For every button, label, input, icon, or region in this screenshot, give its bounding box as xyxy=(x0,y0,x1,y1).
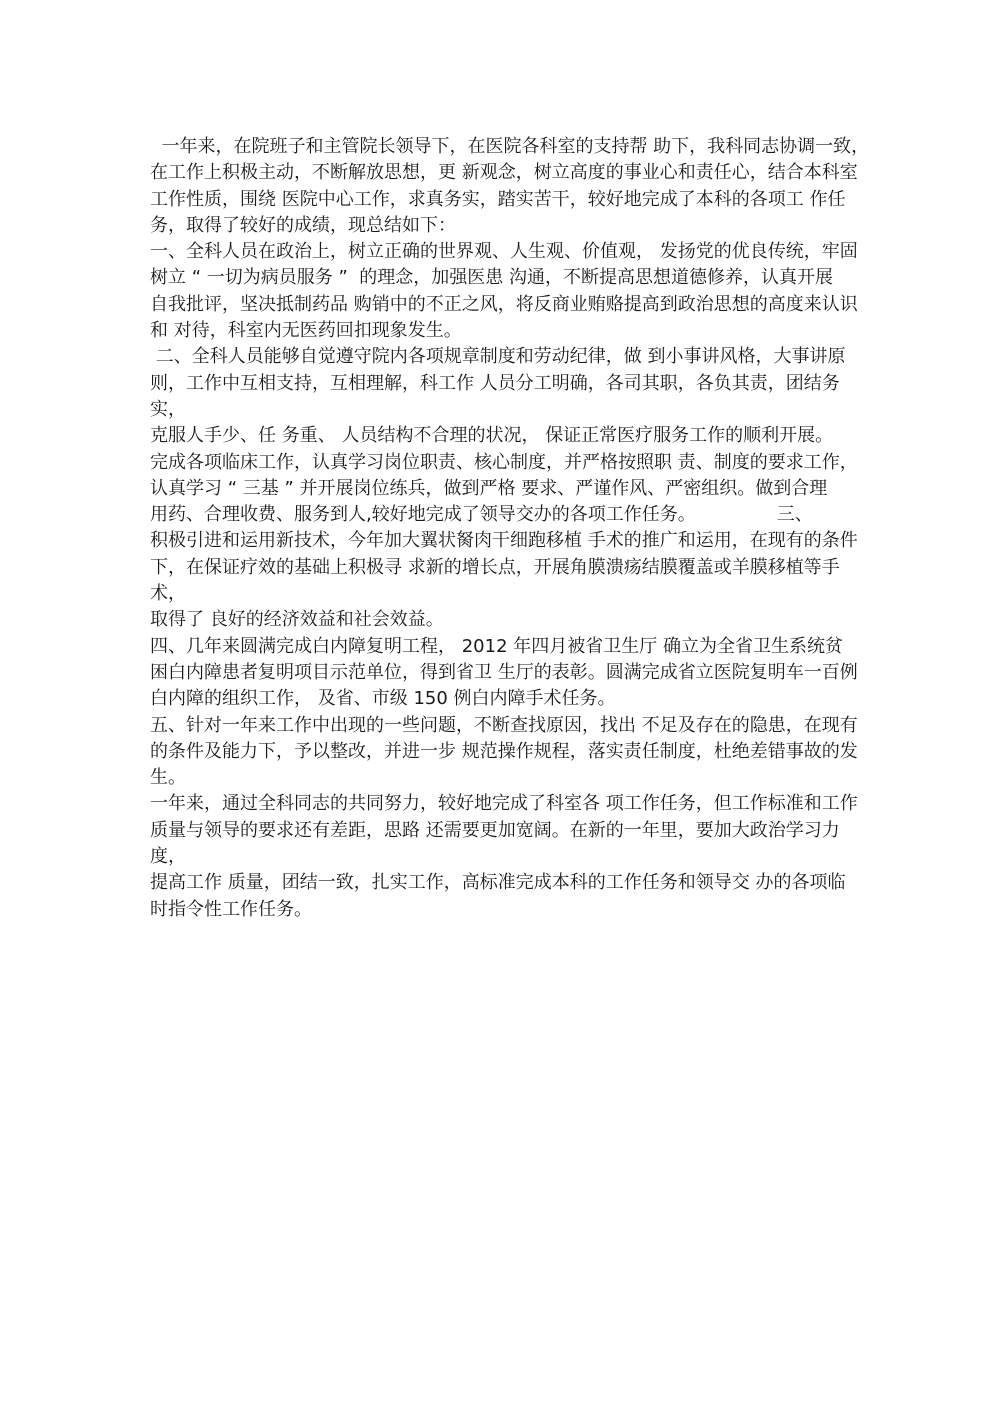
text-line: 务，取得了较好的成绩，现总结如下： xyxy=(150,213,874,239)
text-line: 白内障的组织工作， 及省、市级 150 例白内障手术任务。 xyxy=(150,686,874,712)
text-line: 下，在保证疗效的基础上积极寻 求新的增长点，开展角膜溃疡结膜覆盖或羊膜移植等手术… xyxy=(150,555,874,608)
text-line: 则，工作中互相支持，互相理解，科工作 人员分工明确，各司其职，各负其责，团结务实… xyxy=(150,371,874,424)
text-line: 自我批评，坚决抵制药品 购销中的不正之风，将反商业贿赂提高到政治思想的高度来认识 xyxy=(150,292,874,318)
text-line: 质量与领导的要求还有差距，思路 还需要更加宽阔。在新的一年里，要加大政治学习力度… xyxy=(150,818,874,871)
text-line: 认真学习 “ 三基 ” 并开展岗位练兵，做到严格 要求、严谨作风、严密组织。做到… xyxy=(150,476,874,502)
text-line: 四、几年来圆满完成白内障复明工程， 2012 年四月被省卫生厅 确立为全省卫生系… xyxy=(150,634,874,660)
text-line: 用药、合理收费、服务到人,较好地完成了领导交办的各项工作任务。 三、 xyxy=(150,502,874,528)
text-line: 克服人手少、任 务重、 人员结构不合理的状况， 保证正常医疗服务工作的顺利开展。 xyxy=(150,423,874,449)
text-line: 一年来，在院班子和主管院长领导下，在医院各科室的支持帮 助下，我科同志协调一致， xyxy=(150,134,874,160)
text-line: 树立 “ 一切为病员服务 ” 的理念，加强医患 沟通，不断提高思想道德修养，认真… xyxy=(150,265,874,291)
text-line: 和 对待，科室内无医药回扣现象发生。 xyxy=(150,318,874,344)
text-line: 二、全科人员能够自觉遵守院内各项规章制度和劳动纪律，做 到小事讲风格，大事讲原 xyxy=(150,344,874,370)
text-line: 的条件及能力下，予以整改，并进一步 规范操作规程，落实责任制度，杜绝差错事故的发 xyxy=(150,739,874,765)
text-line: 一年来，通过全科同志的共同努力，较好地完成了科室各 项工作任务，但工作标准和工作 xyxy=(150,791,874,817)
text-line: 在工作上积极主动，不断解放思想，更 新观念，树立高度的事业心和责任心，结合本科室 xyxy=(150,160,874,186)
text-line: 提高工作 质量，团结一致，扎实工作，高标准完成本科的工作任务和领导交 办的各项临 xyxy=(150,870,874,896)
document-page: 一年来，在院班子和主管院长领导下，在医院各科室的支持帮 助下，我科同志协调一致，… xyxy=(0,0,1000,1415)
document-text-block: 一年来，在院班子和主管院长领导下，在医院各科室的支持帮 助下，我科同志协调一致，… xyxy=(150,134,874,923)
text-line: 取得了 良好的经济效益和社会效益。 xyxy=(150,607,874,633)
text-line: 时指令性工作任务。 xyxy=(150,897,874,923)
text-line: 工作性质，围绕 医院中心工作，求真务实，踏实苦干，较好地完成了本科的各项工 作任 xyxy=(150,187,874,213)
text-line: 一、全科人员在政治上，树立正确的世界观、人生观、价值观， 发扬党的优良传统，牢固 xyxy=(150,239,874,265)
text-line: 积极引进和运用新技术，今年加大翼状胬肉干细跑移植 手术的推广和运用，在现有的条件 xyxy=(150,528,874,554)
text-line: 完成各项临床工作，认真学习岗位职责、核心制度，并严格按照职 责、制度的要求工作， xyxy=(150,450,874,476)
text-line: 生。 xyxy=(150,765,874,791)
text-line: 五、针对一年来工作中出现的一些问题，不断查找原因，找出 不足及存在的隐患，在现有 xyxy=(150,713,874,739)
text-line: 困白内障患者复明项目示范单位，得到省卫 生厅的表彰。圆满完成省立医院复明车一百例 xyxy=(150,660,874,686)
